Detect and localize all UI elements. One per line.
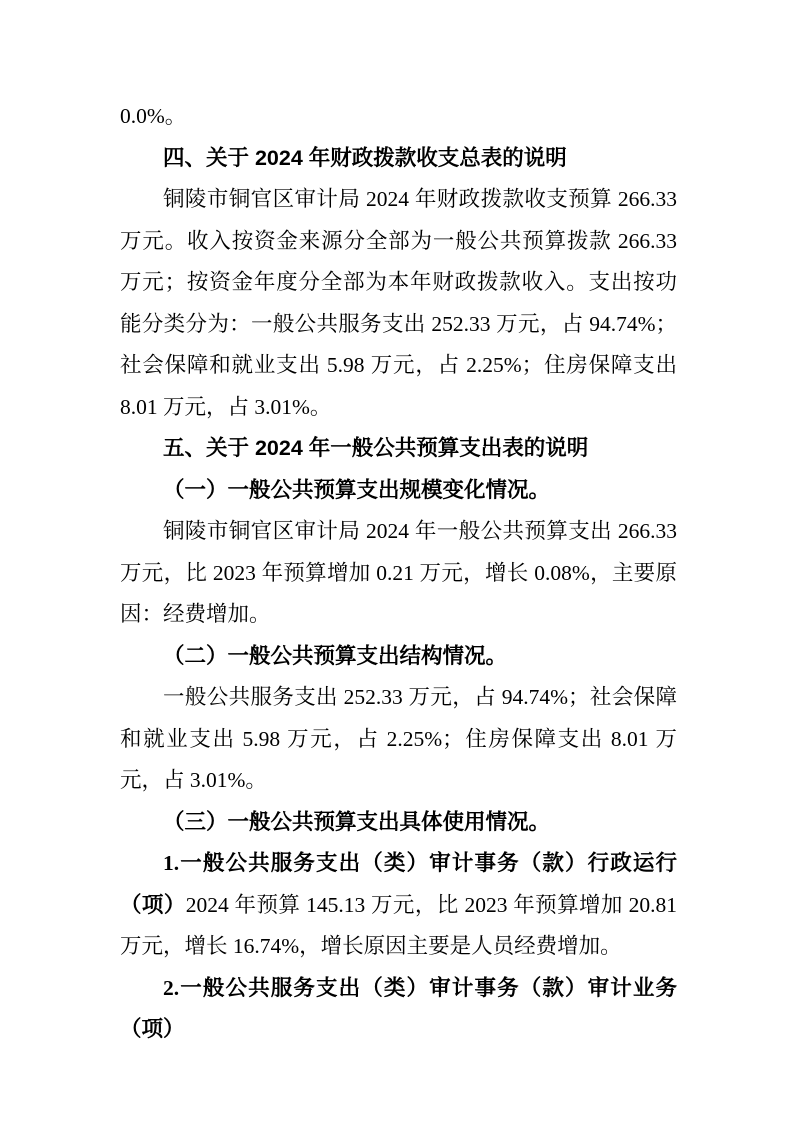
section-heading-four: 四、关于 2024 年财政拨款收支总表的说明: [120, 138, 677, 180]
document-page: 0.0%。 四、关于 2024 年财政拨款收支总表的说明 铜陵市铜官区审计局 2…: [0, 0, 793, 1122]
paragraph-item-1-body-text: 2024 年预算 145.13 万元，比 2023 年预算增加 20.81 万元…: [120, 893, 677, 959]
paragraph-item-2-audit-business: 2.一般公共服务支出（类）审计事务（款）审计业务（项）: [120, 968, 677, 1051]
subsection-heading-three: （三）一般公共预算支出具体使用情况。: [120, 802, 677, 844]
section-heading-five: 五、关于 2024 年一般公共预算支出表的说明: [120, 428, 677, 470]
subsection-heading-one: （一）一般公共预算支出规模变化情况。: [120, 470, 677, 512]
subsection-heading-two: （二）一般公共预算支出结构情况。: [120, 636, 677, 678]
paragraph-continuation-prev-page: 0.0%。: [120, 96, 677, 138]
paragraph-fiscal-appropriation-summary: 铜陵市铜官区审计局 2024 年财政拨款收支预算 266.33 万元。收入按资金…: [120, 179, 677, 428]
paragraph-item-2-bold-lead: 2.一般公共服务支出（类）审计事务（款）审计业务（项）: [120, 976, 677, 1042]
paragraph-item-1-administrative-operation: 1.一般公共服务支出（类）审计事务（款）行政运行（项）2024 年预算 145.…: [120, 843, 677, 968]
paragraph-expenditure-scale-change: 铜陵市铜官区审计局 2024 年一般公共预算支出 266.33 万元，比 202…: [120, 511, 677, 636]
paragraph-expenditure-structure: 一般公共服务支出 252.33 万元，占 94.74%；社会保障和就业支出 5.…: [120, 677, 677, 802]
document-content: 0.0%。 四、关于 2024 年财政拨款收支总表的说明 铜陵市铜官区审计局 2…: [120, 96, 677, 1051]
